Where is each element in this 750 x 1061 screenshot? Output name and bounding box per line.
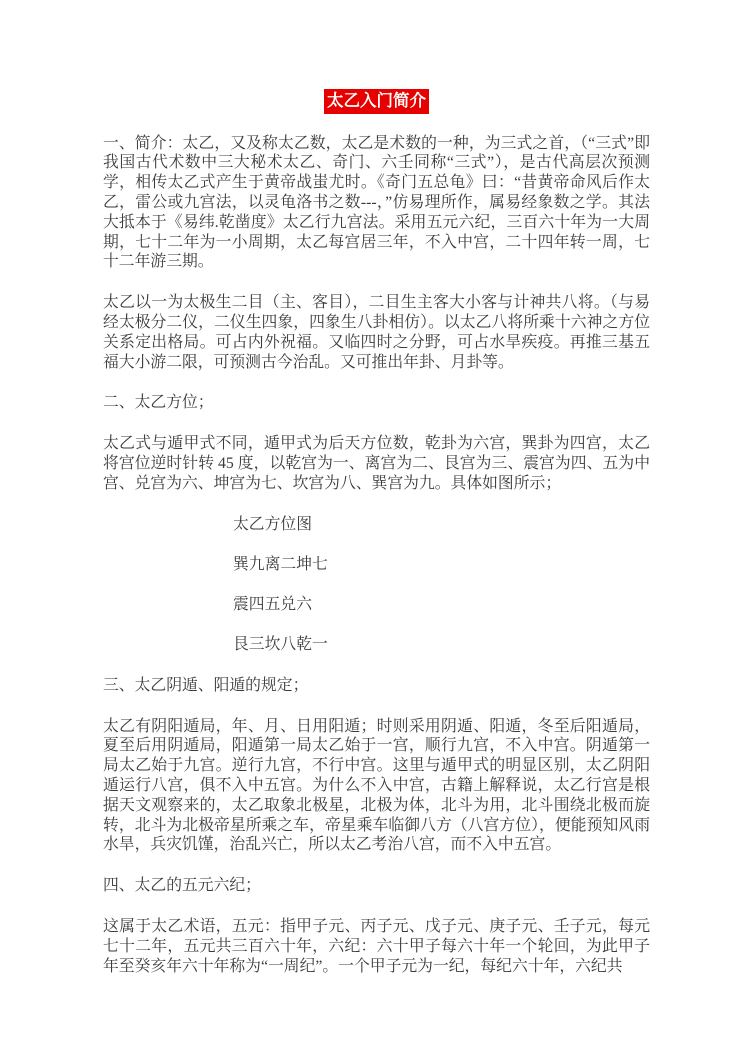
paragraph-section1-taiji: 太乙以一为太极生二目（主、客目），二目生主客大小客与计神共八将。（与易经太极分二… xyxy=(103,293,650,372)
heading-section-4: 四、太乙的五元六纪； xyxy=(103,876,650,896)
heading-section-2: 二、太乙方位； xyxy=(103,393,650,413)
document-page: 太乙入门简介 一、简介：太乙，又及称太乙数，太乙是术数的一种，为三式之首，（“三… xyxy=(0,0,750,1061)
diagram-row-top: 巽九离二坤七 xyxy=(103,555,650,575)
paragraph-section-2: 太乙式与遁甲式不同，遁甲式为后天方位数，乾卦为六宫，巽卦为四宫，太乙将宫位逆时针… xyxy=(103,434,650,493)
diagram-title-line: 太乙方位图 xyxy=(103,515,650,535)
paragraph-section-3: 太乙有阴阳遁局，年、月、日用阳遁；时则采用阴遁、阳遁，冬至后阳遁局，夏至后用阴遁… xyxy=(103,717,650,856)
title-row: 太乙入门简介 xyxy=(103,89,650,114)
paragraph-section1-intro: 一、简介：太乙，又及称太乙数，太乙是术数的一种，为三式之首，（“三式”即我国古代… xyxy=(103,134,650,273)
diagram-row-middle: 震四五兑六 xyxy=(103,595,650,615)
page-title: 太乙入门简介 xyxy=(324,89,429,114)
diagram-row-bottom: 艮三坎八乾一 xyxy=(103,635,650,655)
paragraph-section-4: 这属于太乙术语，五元：指甲子元、丙子元、戊子元、庚子元、壬子元，每元七十二年，五… xyxy=(103,917,650,976)
document-content: 太乙入门简介 一、简介：太乙，又及称太乙数，太乙是术数的一种，为三式之首，（“三… xyxy=(0,0,750,976)
heading-section-3: 三、太乙阴遁、阳遁的规定； xyxy=(103,676,650,696)
